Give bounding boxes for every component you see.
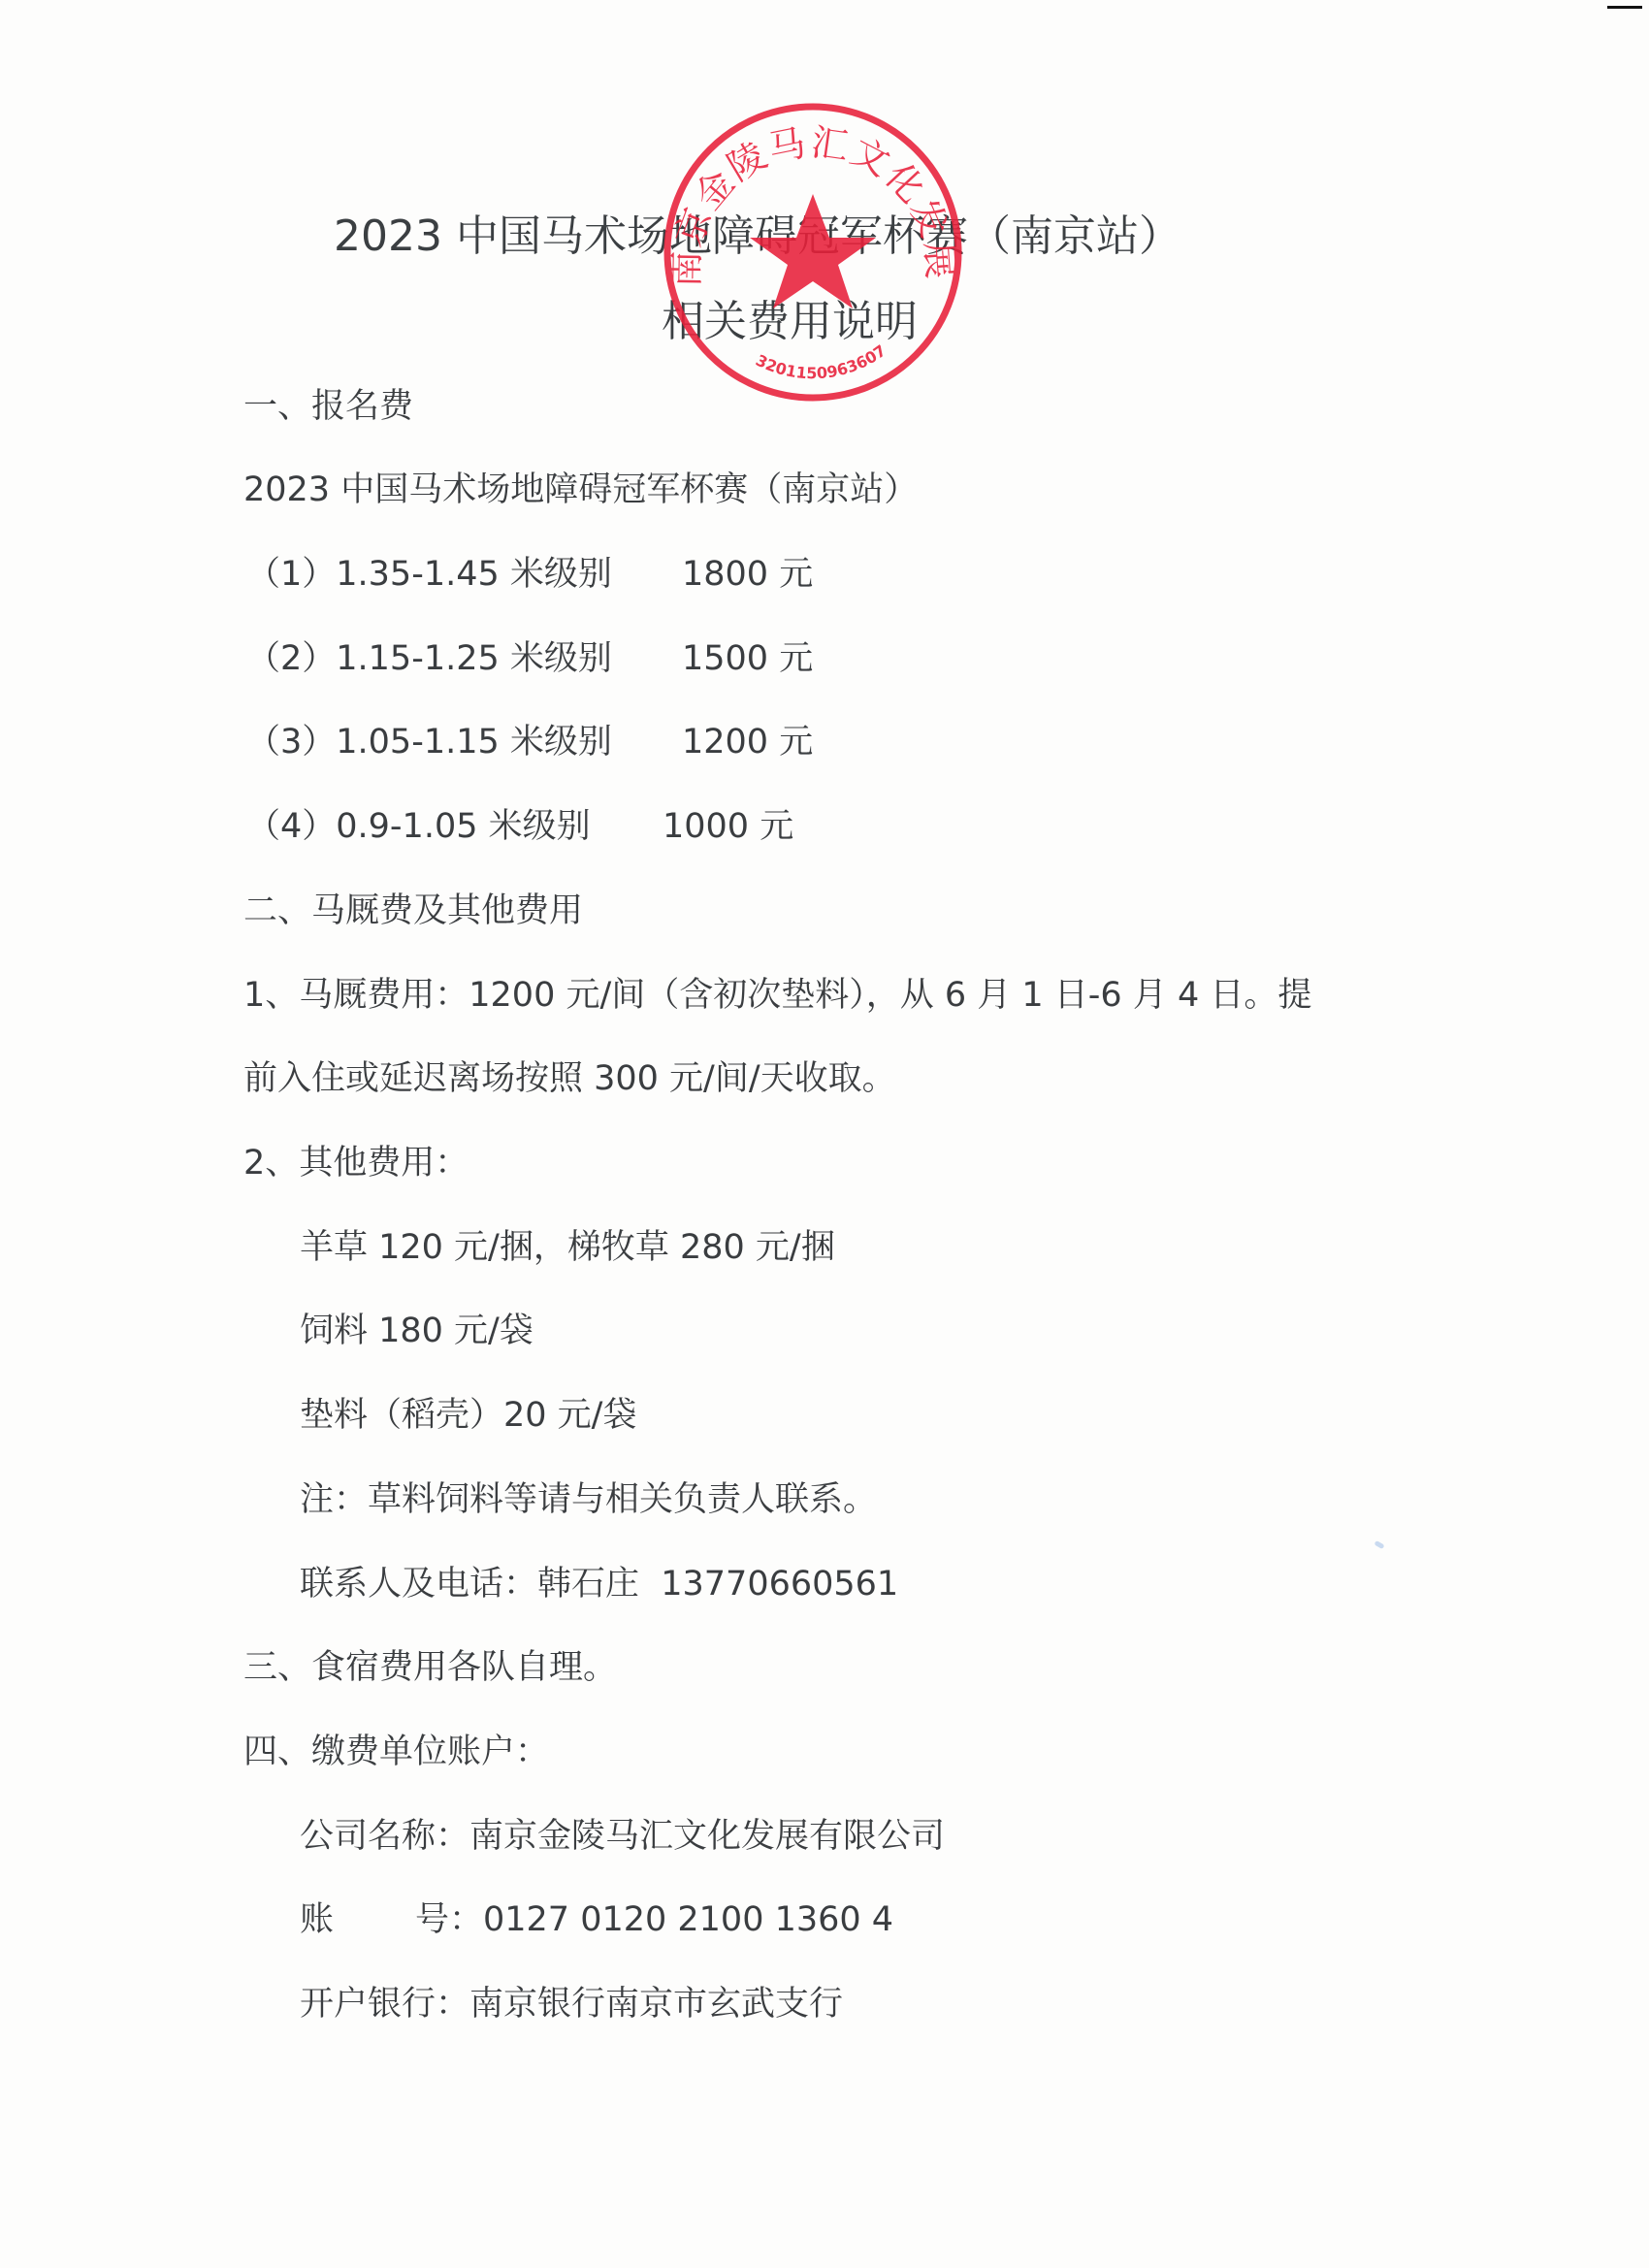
section1-heading: 一、报名费 bbox=[243, 385, 413, 428]
bedding-fee: 垫料（稻壳）20 元/袋 bbox=[300, 1394, 636, 1437]
contact: 联系人及电话：韩石庄 13770660561 bbox=[300, 1563, 898, 1605]
feed-fee: 饲料 180 元/袋 bbox=[300, 1310, 533, 1352]
fee-amount: 1500 元 bbox=[682, 637, 813, 680]
account-number: 号：0127 0120 2100 1360 4 bbox=[415, 1898, 893, 1941]
stable-fee-line2: 前入住或延迟离场按照 300 元/间/天收取。 bbox=[243, 1057, 896, 1100]
fee-amount: 1200 元 bbox=[682, 721, 813, 763]
document-title-line1: 2023 中国马术场地障碍冠军杯赛（南京站） bbox=[334, 210, 1181, 264]
other-fees-heading: 2、其他费用： bbox=[243, 1142, 469, 1184]
fee-label: （2）1.15-1.25 米级别 bbox=[246, 637, 612, 680]
scan-corner-mark bbox=[1607, 6, 1642, 9]
section2-heading: 二、马厩费及其他费用 bbox=[243, 890, 583, 932]
bank-name: 开户银行：南京银行南京市玄武支行 bbox=[300, 1983, 843, 2025]
fee-amount: 1000 元 bbox=[663, 805, 793, 848]
note: 注：草料饲料等请与相关负责人联系。 bbox=[300, 1478, 877, 1521]
scan-speck bbox=[1374, 1540, 1384, 1549]
hay-fee: 羊草 120 元/捆，梯牧草 280 元/捆 bbox=[300, 1226, 835, 1269]
stable-fee-line1: 1、马厩费用：1200 元/间（含初次垫料），从 6 月 1 日-6 月 4 日… bbox=[243, 974, 1311, 1017]
fee-label: （4）0.9-1.05 米级别 bbox=[246, 805, 591, 848]
fee-label: （1）1.35-1.45 米级别 bbox=[246, 553, 612, 596]
fee-amount: 1800 元 bbox=[682, 553, 813, 596]
section4-heading: 四、缴费单位账户： bbox=[243, 1731, 549, 1773]
event-name: 2023 中国马术场地障碍冠军杯赛（南京站） bbox=[243, 469, 918, 511]
fee-label: （3）1.05-1.15 米级别 bbox=[246, 721, 612, 763]
section3-heading: 三、食宿费用各队自理。 bbox=[243, 1646, 617, 1689]
document-title-line2: 相关费用说明 bbox=[662, 295, 918, 349]
company-name: 公司名称：南京金陵马汇文化发展有限公司 bbox=[300, 1815, 945, 1858]
account-label-char: 账 bbox=[300, 1898, 334, 1941]
